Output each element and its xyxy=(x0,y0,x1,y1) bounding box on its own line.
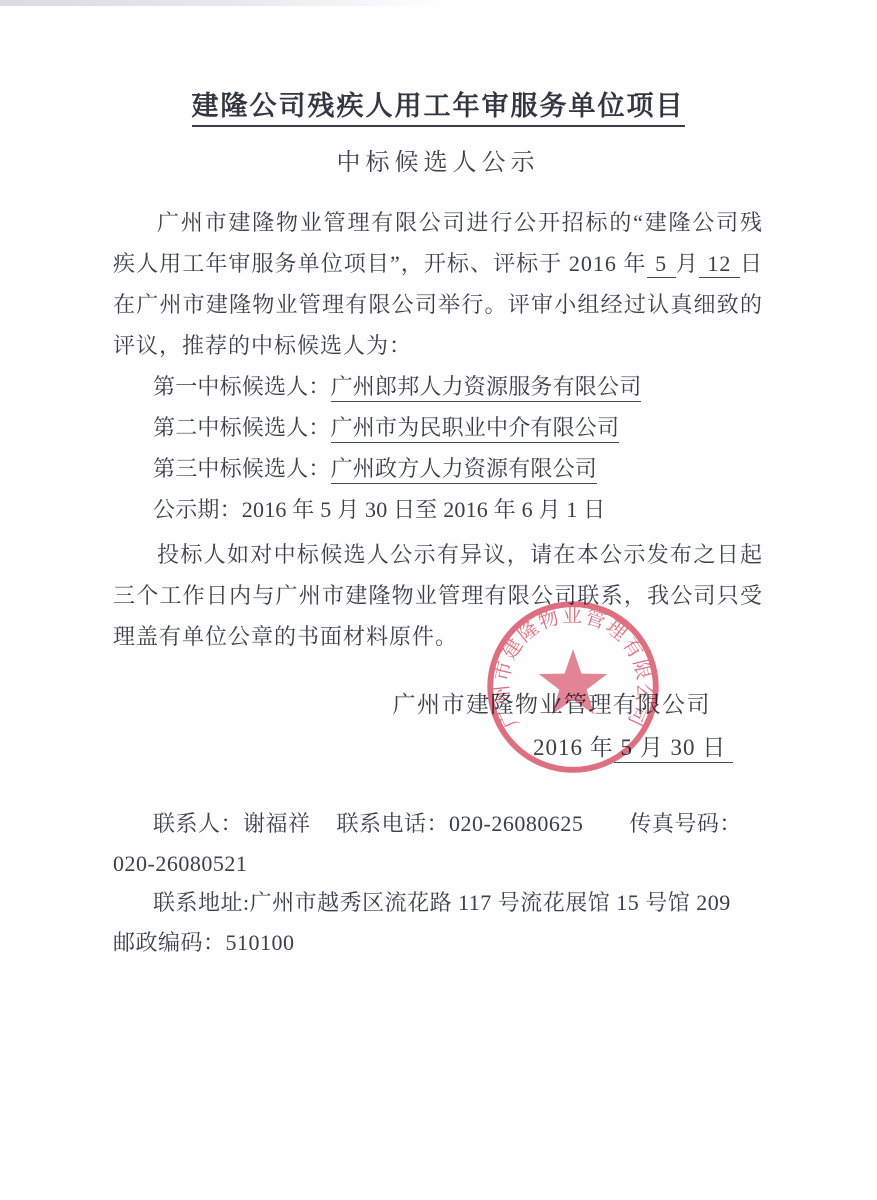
contact-person: 联系人：谢福祥 xyxy=(153,811,311,836)
fax-number: 020-26080521 xyxy=(113,844,773,884)
candidate-2-name: 广州市为民职业中介有限公司 xyxy=(331,415,620,443)
signature-date-underlined: 5 月 30 日 xyxy=(614,735,733,763)
fax-label: 传真号码： xyxy=(629,811,742,836)
month-char: 月 xyxy=(676,251,699,276)
document-subtitle: 中标候选人公示 xyxy=(113,146,763,180)
contact-address: 联系地址:广州市越秀区流花路 117 号流花展馆 15 号馆 209 xyxy=(113,883,773,923)
paragraph-intro: 广州市建隆物业管理有限公司进行公开招标的“建隆公司残疾人用工年审服务单位项目”，… xyxy=(113,202,763,366)
paragraph-objection: 投标人如对中标候选人公示有异议，请在本公示发布之日起三个工作日内与广州市建隆物业… xyxy=(113,534,763,657)
contact-block: 联系人：谢福祥联系电话：020-26080625传真号码： 020-260805… xyxy=(113,804,773,962)
document-body: 建隆公司残疾人用工年审服务单位项目 中标候选人公示 广州市建隆物业管理有限公司进… xyxy=(113,0,763,768)
signature-date: 2016 年 5 月 30 日 xyxy=(113,727,763,768)
candidate-1-name: 广州郎邦人力资源服务有限公司 xyxy=(331,374,642,402)
candidate-3-label: 第三中标候选人： xyxy=(153,456,331,481)
document-title: 建隆公司残疾人用工年审服务单位项目 xyxy=(113,88,763,124)
signature-block: 广州市建隆物业管理有限公司 2016 年 5 月 30 日 xyxy=(113,684,763,768)
signature-company: 广州市建隆物业管理有限公司 xyxy=(113,684,763,725)
candidate-2-label: 第二中标候选人： xyxy=(153,415,331,440)
publicity-period: 公示期：2016 年 5 月 30 日至 2016 年 6 月 1 日 xyxy=(113,489,763,530)
contact-phone: 联系电话：020-26080625 xyxy=(337,811,584,836)
bid-open-month-blank: 5 xyxy=(647,251,676,278)
scanned-document-page: 建隆公司残疾人用工年审服务单位项目 中标候选人公示 广州市建隆物业管理有限公司进… xyxy=(0,0,877,1200)
candidate-1-label: 第一中标候选人： xyxy=(153,374,331,399)
candidate-row-1: 第一中标候选人：广州郎邦人力资源服务有限公司 xyxy=(113,366,763,407)
signature-date-prefix: 2016 年 xyxy=(533,735,614,760)
bid-open-day-blank: 12 xyxy=(699,251,740,278)
candidate-3-name: 广州政方人力资源有限公司 xyxy=(331,456,597,484)
candidate-row-2: 第二中标候选人：广州市为民职业中介有限公司 xyxy=(113,407,763,448)
document-title-text: 建隆公司残疾人用工年审服务单位项目 xyxy=(192,91,685,127)
candidate-row-3: 第三中标候选人：广州政方人力资源有限公司 xyxy=(113,448,763,489)
contact-line-1: 联系人：谢福祥联系电话：020-26080625传真号码： xyxy=(113,804,773,844)
postal-code: 邮政编码：510100 xyxy=(113,923,773,963)
